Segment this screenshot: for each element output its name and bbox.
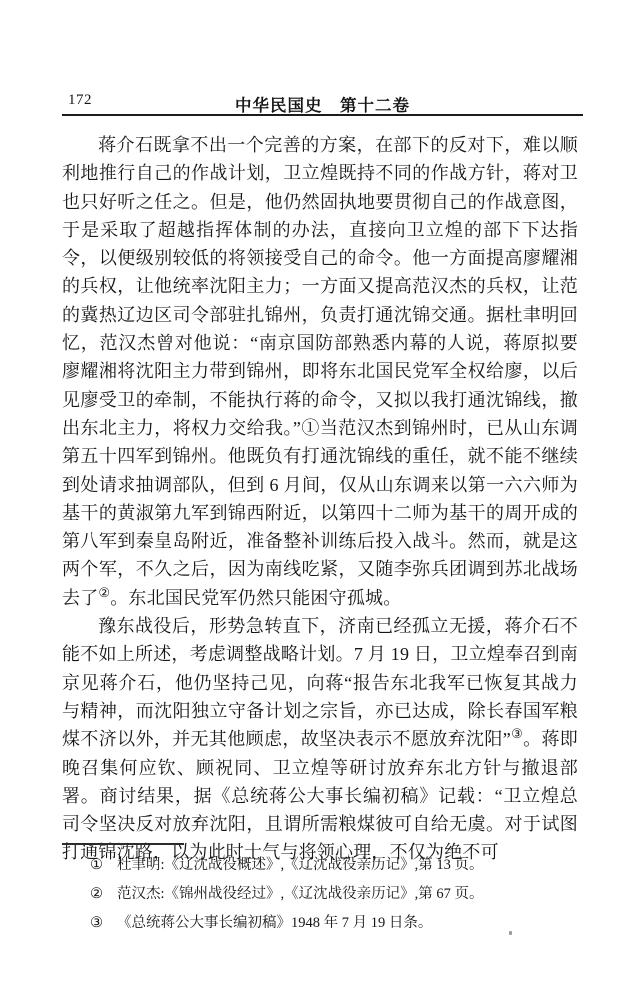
- footnote-ref: ②: [98, 585, 110, 600]
- text-segment: ①: [301, 418, 320, 438]
- text-segment: 。东北国民党军仍然只能困守孤城。: [110, 588, 401, 608]
- footnote-text: 范汉杰:《锦州战役经过》,《辽沈战役亲历记》,第 67 页。: [117, 880, 578, 909]
- footnote-marker: ②: [62, 880, 103, 909]
- footnote-item: ③ 《总统蒋公大事长编初稿》1948 年 7 月 19 日条。: [62, 909, 578, 938]
- footnote-item: ① 杜聿明:《辽沈战役概述》,《辽沈战役亲历记》,第 13 页。: [62, 851, 578, 880]
- text-segment: 当范汉杰到锦州时，已从山东调第五十四军到锦州。他既负有打通沈锦线的重任，就不能不…: [62, 418, 578, 608]
- footnote-item: ② 范汉杰:《锦州战役经过》,《辽沈战役亲历记》,第 67 页。: [62, 880, 578, 909]
- page-header: 172 中华民国史 第十二卷: [62, 92, 583, 112]
- body-paragraph-2: 豫东战役后，形势急转直下，济南已经孤立无援，蒋介石不能不如上所述，考虑调整战略计…: [62, 612, 578, 867]
- footnote-marker: ①: [62, 851, 103, 880]
- text-segment: 豫东战役后，形势急转直下，济南已经孤立无援，蒋介石不能不如上所述，考虑调整战略计…: [62, 616, 578, 749]
- footnote-separator: [62, 843, 184, 845]
- text-segment: 蒋介石既拿不出一个完善的方案，在部下的反对下，难以顺利地推行自己的作战计划，卫立…: [62, 135, 578, 438]
- header-rule: [62, 114, 583, 116]
- footnote-text: 杜聿明:《辽沈战役概述》,《辽沈战役亲历记》,第 13 页。: [117, 851, 578, 880]
- body-text: 蒋介石既拿不出一个完善的方案，在部下的反对下，难以顺利地推行自己的作战计划，卫立…: [62, 131, 578, 867]
- footnote-marker: ③: [62, 909, 103, 938]
- scan-speck: [509, 931, 512, 935]
- body-paragraph-1: 蒋介石既拿不出一个完善的方案，在部下的反对下，难以顺利地推行自己的作战计划，卫立…: [62, 131, 578, 612]
- footnote-ref: ③: [511, 726, 523, 741]
- running-title: 中华民国史 第十二卷: [62, 92, 583, 116]
- book-page: 172 中华民国史 第十二卷 蒋介石既拿不出一个完善的方案，在部下的反对下，难以…: [0, 0, 644, 1000]
- footnotes: ① 杜聿明:《辽沈战役概述》,《辽沈战役亲历记》,第 13 页。 ② 范汉杰:《…: [62, 851, 578, 938]
